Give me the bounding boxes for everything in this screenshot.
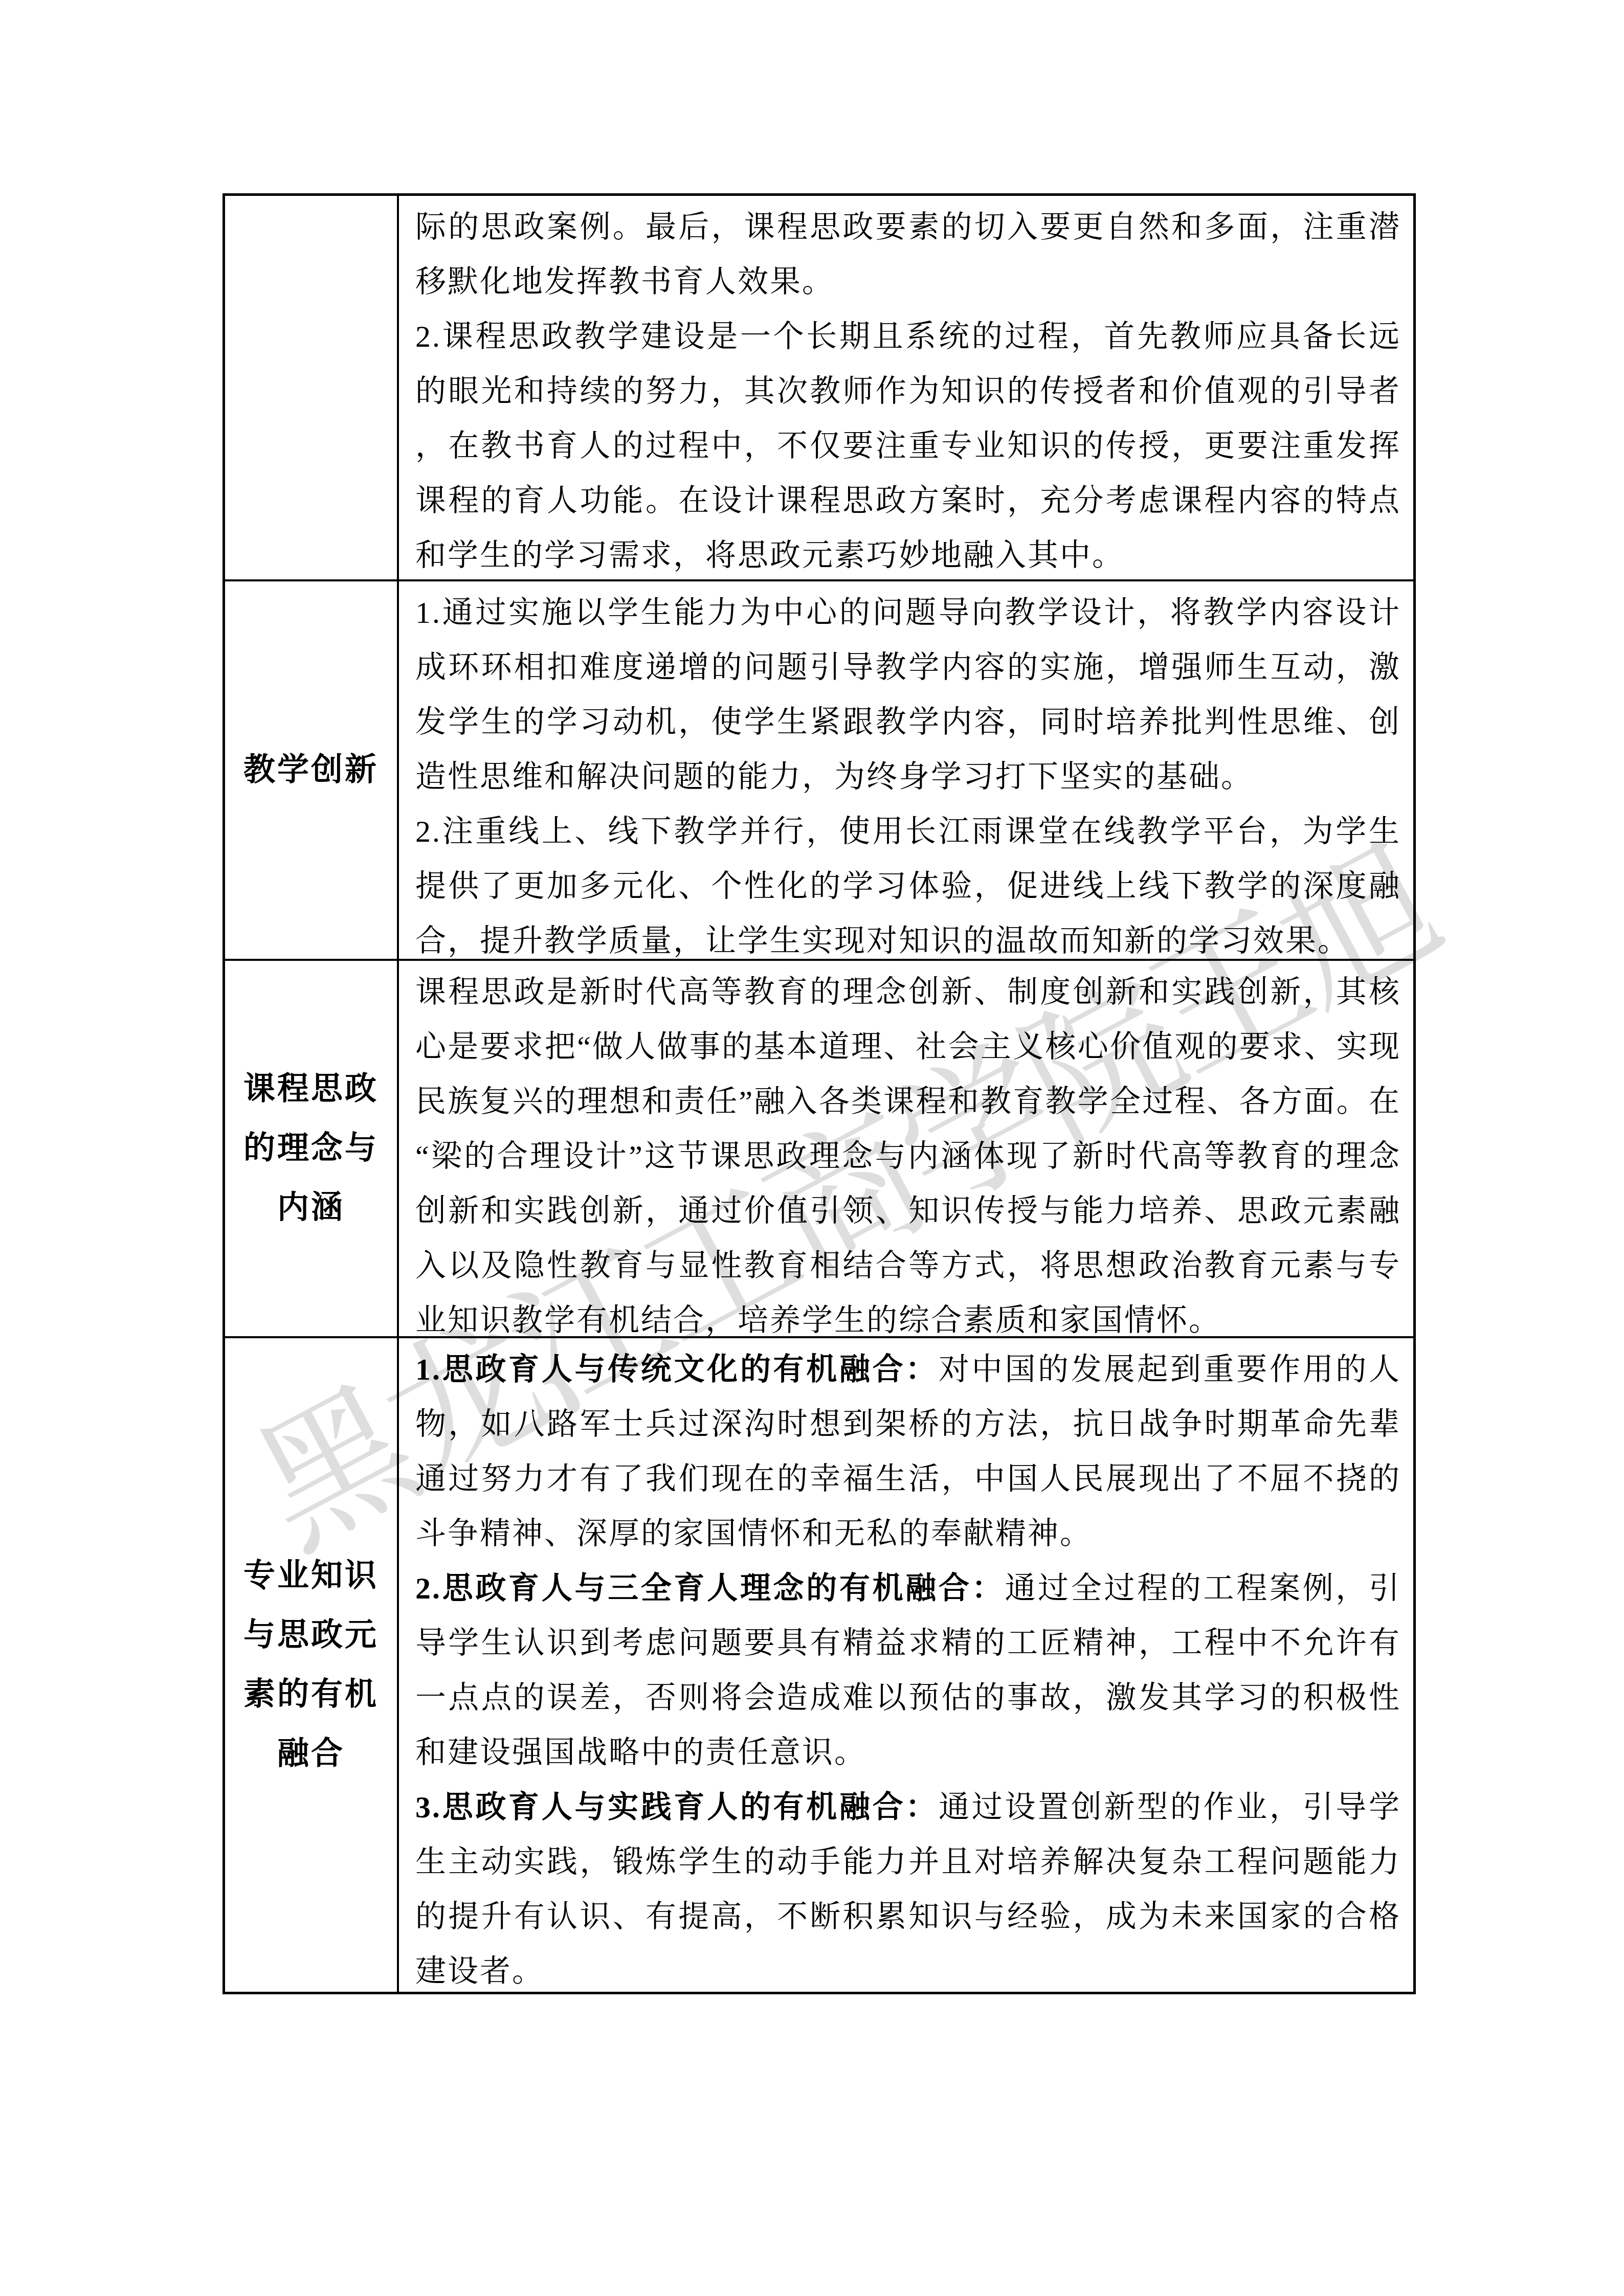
paragraph: 2.思政育人与三全育人理念的有机融合：通过全过程的工程案例，引导学生认识到考虑问… <box>415 1561 1401 1780</box>
document-table: 际的思政案例。最后，课程思政要素的切入要更自然和多面，注重潜移默化地发挥教书育人… <box>223 193 1416 1994</box>
table-row: 际的思政案例。最后，课程思政要素的切入要更自然和多面，注重潜移默化地发挥教书育人… <box>225 196 1413 579</box>
table-row: 专业知识与思政元素的有机融合1.思政育人与传统文化的有机融合：对中国的发展起到重… <box>225 1336 1413 1992</box>
row-content-cell: 1.思政育人与传统文化的有机融合：对中国的发展起到重要作用的人物，如八路军士兵过… <box>399 1338 1413 1992</box>
bold-text-run: 2.思政育人与三全育人理念的有机融合： <box>415 1571 1005 1605</box>
paragraph: 1.思政育人与传统文化的有机融合：对中国的发展起到重要作用的人物，如八路军士兵过… <box>415 1342 1401 1561</box>
row-content-cell: 际的思政案例。最后，课程思政要素的切入要更自然和多面，注重潜移默化地发挥教书育人… <box>399 196 1413 579</box>
text-run: 2.注重线上、线下教学并行，使用长江雨课堂在线教学平台，为学生提供了更加多元化、… <box>415 815 1401 958</box>
row-label: 课程思政的理念与内涵 <box>239 1060 383 1237</box>
row-label-cell: 专业知识与思政元素的有机融合 <box>225 1338 399 1992</box>
paragraph: 1.通过实施以学生能力为中心的问题导向教学设计，将教学内容设计成环环相扣难度递增… <box>415 586 1401 804</box>
text-run: 2.课程思政教学建设是一个长期且系统的过程，首先教师应具备长远的眼光和持续的努力… <box>415 320 1401 572</box>
paragraph: 际的思政案例。最后，课程思政要素的切入要更自然和多面，注重潜移默化地发挥教书育人… <box>415 200 1401 309</box>
text-run: 课程思政是新时代高等教育的理念创新、制度创新和实践创新，其核心是要求把“做人做事… <box>415 975 1401 1336</box>
paragraph: 2.注重线上、线下教学并行，使用长江雨课堂在线教学平台，为学生提供了更加多元化、… <box>415 804 1401 959</box>
row-label: 专业知识与思政元素的有机融合 <box>239 1546 383 1784</box>
row-label-cell: 课程思政的理念与内涵 <box>225 961 399 1336</box>
bold-text-run: 3.思政育人与实践育人的有机融合： <box>415 1790 939 1824</box>
table-row: 课程思政的理念与内涵课程思政是新时代高等教育的理念创新、制度创新和实践创新，其核… <box>225 959 1413 1336</box>
row-label: 教学创新 <box>243 740 379 800</box>
paragraph: 2.课程思政教学建设是一个长期且系统的过程，首先教师应具备长远的眼光和持续的努力… <box>415 309 1401 579</box>
text-run: 际的思政案例。最后，课程思政要素的切入要更自然和多面，注重潜移默化地发挥教书育人… <box>415 210 1401 299</box>
row-label-cell: 教学创新 <box>225 581 399 959</box>
paragraph: 3.思政育人与实践育人的有机融合：通过设置创新型的作业，引导学生主动实践，锻炼学… <box>415 1780 1401 1992</box>
row-content-cell: 课程思政是新时代高等教育的理念创新、制度创新和实践创新，其核心是要求把“做人做事… <box>399 961 1413 1336</box>
document-page: 黑龙江工商学院王旭 际的思政案例。最后，课程思政要素的切入要更自然和多面，注重潜… <box>0 0 1624 2296</box>
row-label-cell <box>225 196 399 579</box>
text-run: 1.通过实施以学生能力为中心的问题导向教学设计，将教学内容设计成环环相扣难度递增… <box>415 596 1401 794</box>
paragraph: 课程思政是新时代高等教育的理念创新、制度创新和实践创新，其核心是要求把“做人做事… <box>415 965 1401 1336</box>
row-content-cell: 1.通过实施以学生能力为中心的问题导向教学设计，将教学内容设计成环环相扣难度递增… <box>399 581 1413 959</box>
bold-text-run: 1.思政育人与传统文化的有机融合： <box>415 1353 939 1386</box>
table-row: 教学创新1.通过实施以学生能力为中心的问题导向教学设计，将教学内容设计成环环相扣… <box>225 579 1413 959</box>
